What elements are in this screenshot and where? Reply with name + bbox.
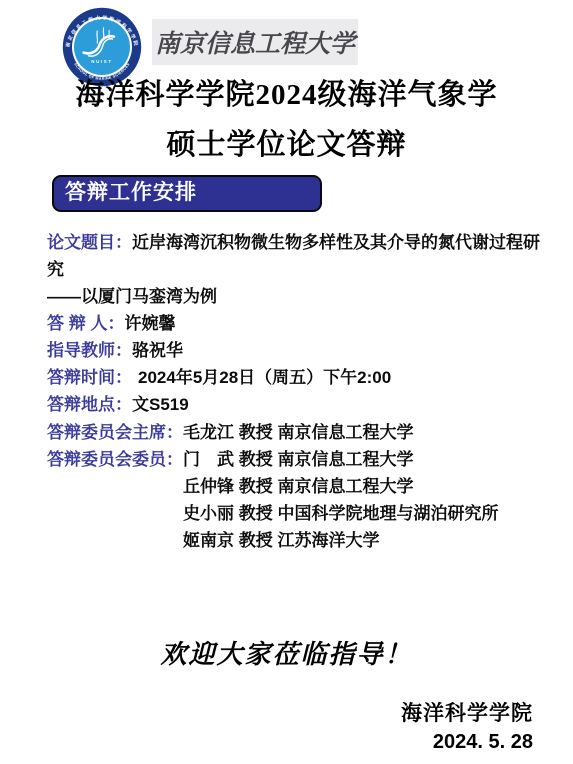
- committee-member-row: 丘仲锋 教授 南京信息工程大学: [47, 473, 549, 500]
- defender-label: 答 辩 人：: [47, 314, 124, 333]
- thesis-title-row-continued: ——以厦门马銮湾为例: [47, 283, 549, 310]
- advisor-name: 骆祝华: [132, 341, 183, 360]
- time-label: 答辩时间：: [47, 368, 132, 387]
- committee-member-value: 史小丽 教授 中国科学院地理与湖泊研究所: [183, 504, 498, 523]
- thesis-title-subtitle: ——以厦门马銮湾为例: [47, 287, 217, 306]
- footer-signature-block: 海洋科学学院 2024. 5. 28: [401, 699, 533, 756]
- committee-member-value: 姬南京 教授 江苏海洋大学: [183, 531, 379, 550]
- venue-value: 文S519: [132, 395, 189, 414]
- page-title-line2: 硕士学位论文答辩: [0, 120, 573, 170]
- committee-member-row: 答辩委员会委员：门 武 教授 南京信息工程大学: [47, 446, 549, 473]
- welcome-message: 欢迎大家莅临指导！: [0, 634, 573, 671]
- committee-members-label: 答辩委员会委员：: [47, 446, 183, 473]
- defense-info: 论文题目：近岸海湾沉积物微生物多样性及其介导的氮代谢过程研究 ——以厦门马銮湾为…: [47, 229, 549, 418]
- thesis-title-label: 论文题目：: [47, 233, 132, 252]
- venue-row: 答辩地点：文S519: [47, 391, 549, 418]
- committee-chair-value: 毛龙江 教授 南京信息工程大学: [183, 423, 413, 442]
- signature-date: 2024. 5. 28: [401, 728, 533, 756]
- advisor-label: 指导教师：: [47, 341, 132, 360]
- defense-announcement-poster: NUIST 南京信息工程大学海洋科学学院 SCHOOL OF MARINE SC…: [0, 0, 573, 764]
- committee-member-value: 门 武 教授 南京信息工程大学: [183, 450, 413, 469]
- committee-chair-label: 答辩委员会主席：: [47, 419, 183, 446]
- time-row: 答辩时间：2024年5月28日（周五）下午2:00: [47, 364, 549, 391]
- page-title-line1: 海洋科学学院2024级海洋气象学: [0, 70, 573, 120]
- committee-section: 答辩委员会主席：毛龙江 教授 南京信息工程大学 答辩委员会委员：门 武 教授 南…: [47, 419, 549, 554]
- university-name-calligraphy: 南京信息工程大学: [152, 19, 358, 65]
- time-value: 2024年5月28日（周五）下午2:00: [138, 368, 391, 387]
- thesis-title-row: 论文题目：近岸海湾沉积物微生物多样性及其介导的氮代谢过程研究: [47, 229, 549, 283]
- advisor-row: 指导教师：骆祝华: [47, 337, 549, 364]
- committee-member-row: 姬南京 教授 江苏海洋大学: [47, 527, 549, 554]
- defender-name: 许婉馨: [124, 314, 175, 333]
- defender-row: 答 辩 人：许婉馨: [47, 310, 549, 337]
- committee-member-value: 丘仲锋 教授 南京信息工程大学: [183, 477, 413, 496]
- venue-label: 答辩地点：: [47, 395, 132, 414]
- committee-member-row: 史小丽 教授 中国科学院地理与湖泊研究所: [47, 500, 549, 527]
- signature-school-name: 海洋科学学院: [401, 699, 533, 728]
- section-banner: 答辩工作安排: [52, 175, 322, 212]
- logo-nuist-text: NUIST: [91, 59, 112, 64]
- page-title: 海洋科学学院2024级海洋气象学 硕士学位论文答辩: [0, 70, 573, 170]
- committee-chair-row: 答辩委员会主席：毛龙江 教授 南京信息工程大学: [47, 419, 549, 446]
